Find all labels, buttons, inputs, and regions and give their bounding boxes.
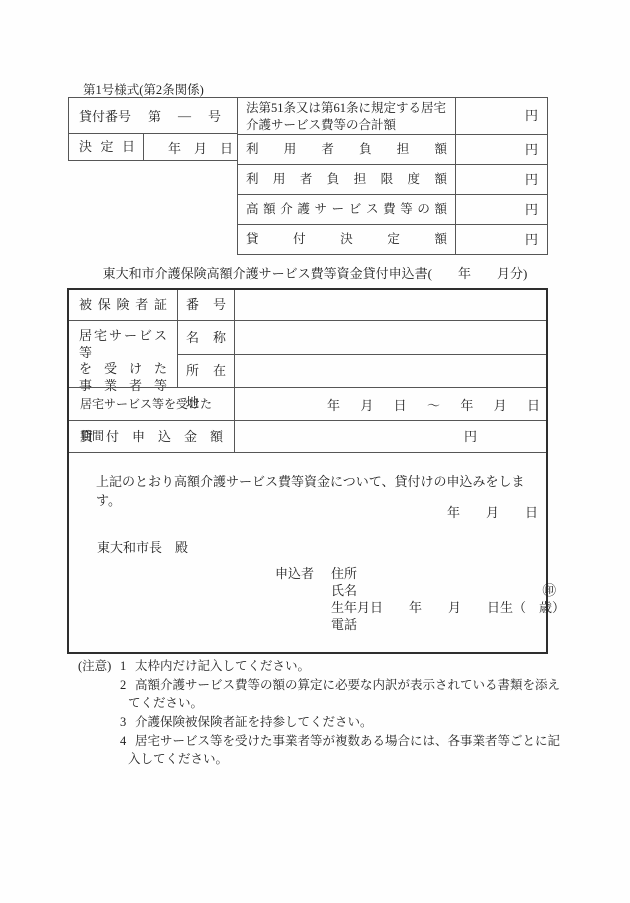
period-end-day-label: 日 [527,395,540,414]
note-text: 高額介護サービス費等の額の算定に必要な内訳が表示されている書類を添えてください。 [128,676,563,712]
addressee: 東大和市長 殿 [97,537,188,556]
period-tilde: ～ [427,395,440,414]
applicant-address-line: 住所 [331,565,557,582]
loan-number-suffix: 号 [208,106,221,125]
provider-address-field [235,355,546,388]
total-service-fee-unit: 円 [456,98,547,134]
service-period-label: 居宅サービス等を受けた期間 [69,388,235,420]
page-title: 東大和市介護保険高額介護サービス費等資金貸付申込書( 年 月分) [0,263,630,282]
provider-rows: 居宅サービス等 を 受 け た 事 業 者 等 名 称 所 在 地 [69,320,546,387]
insured-card-label: 被 保 険 者 証 [69,290,178,320]
notes-section: (注意) 1 太枠内だけ記入してください。 2 高額介護サービス費等の額の算定に… [78,657,570,769]
provider-name-row: 名 称 [178,321,546,354]
table-row: 利 用 者 負 担 限 度 額 円 [238,164,547,194]
declaration-cell: 上記のとおり高額介護サービス費等資金について、貸付けの申込みをします。 年 月 … [69,452,546,652]
decision-date-value: 年 月 日 [144,134,238,160]
provider-name-label: 名 称 [178,321,235,354]
provider-label-line1: 居宅サービス等 [79,328,167,361]
form-id-label: 第1号様式(第2条関係) [83,80,204,98]
table-row: 貸 付 決 定 額 円 [238,224,547,254]
period-start-month-label: 月 [360,395,373,414]
applicant-fields: 住所 氏名 ㊞ 生年月日 年 月 日生（ 歳） 電話 [331,565,557,633]
application-table: 被 保 険 者 証 番 号 居宅サービス等 を 受 け た 事 業 者 等 名 … [67,288,548,654]
loan-number-prefix: 第 [148,106,161,125]
list-item: 3 介護保険被保険者証を持参してください。 [120,713,570,731]
loan-number-row: 貸付番号 第 — 号 [69,98,238,133]
loan-amount-unit: 円 [235,421,546,452]
notes-label: (注意) [78,657,120,769]
amounts-table: 法第51条又は第61条に規定する居宅介護サービス費等の合計額 円 利 用 者 負… [237,97,548,255]
decision-date-label: 決 定 日 [69,134,144,160]
loan-number-dash: — [178,108,191,124]
declaration-date: 年 月 日 [69,502,546,521]
period-start-year-label: 年 [327,395,340,414]
list-item: 4 居宅サービス等を受けた事業者等が複数ある場合には、各事業者等ごとに記入してく… [120,732,570,768]
provider-name-field [235,321,546,354]
high-cost-service-fee-unit: 円 [456,195,547,224]
loan-number-label: 貸付番号 [79,106,131,125]
user-burden-label: 利 用 者 負 担 額 [238,135,456,164]
user-burden-limit-unit: 円 [456,165,547,194]
insured-card-number-field [235,290,546,320]
decision-year-label: 年 [168,138,181,157]
service-period-field: 年 月 日 ～ 年 月 日 [235,388,546,420]
high-cost-service-fee-label: 高 額 介 護 サ ー ビ ス 費 等 の 額 [238,195,456,224]
provider-address-label: 所 在 地 [178,355,235,388]
note-text: 居宅サービス等を受けた事業者等が複数ある場合には、各事業者等ごとに記入してくださ… [128,732,563,768]
table-row: 利 用 者 負 担 額 円 [238,134,547,164]
applicant-birthdate-line: 生年月日 年 月 日生（ 歳） [331,599,557,616]
loan-amount-label: 貸 付 申 込 金 額 [69,421,235,452]
applicant-label: 申込者 [275,565,314,633]
user-burden-unit: 円 [456,135,547,164]
applicant-phone-line: 電話 [331,616,557,633]
decision-date-row: 決 定 日 年 月 日 [69,133,238,160]
seal-mark-icon: ㊞ [543,582,558,599]
note-text: 介護保険被保険者証を持参してください。 [128,713,563,731]
insured-card-row: 被 保 険 者 証 番 号 [69,290,546,320]
total-service-fee-label: 法第51条又は第61条に規定する居宅介護サービス費等の合計額 [238,98,456,134]
provider-label-line2: を 受 け た [79,361,167,378]
decision-month-label: 月 [194,138,207,157]
period-end-month-label: 月 [494,395,507,414]
user-burden-limit-label: 利 用 者 負 担 限 度 額 [238,165,456,194]
note-text: 太枠内だけ記入してください。 [128,657,563,675]
provider-fields: 名 称 所 在 地 [178,321,546,387]
list-item: 2 高額介護サービス費等の額の算定に必要な内訳が表示されている書類を添えてくださ… [120,676,570,712]
list-item: 1 太枠内だけ記入してください。 [120,657,570,675]
loan-decided-amount-label: 貸 付 決 定 額 [238,225,456,254]
period-end-year-label: 年 [460,395,473,414]
applicant-name-label: 氏名 [331,582,357,599]
service-period-row: 居宅サービス等を受けた期間 年 月 日 ～ 年 月 日 [69,387,546,420]
loan-amount-row: 貸 付 申 込 金 額 円 [69,420,546,452]
notes-list: 1 太枠内だけ記入してください。 2 高額介護サービス費等の額の算定に必要な内訳… [120,657,570,769]
loan-decision-box: 貸付番号 第 — 号 決 定 日 年 月 日 [68,97,238,161]
period-start-day-label: 日 [394,395,407,414]
table-row: 高 額 介 護 サ ー ビ ス 費 等 の 額 円 [238,194,547,224]
applicant-block: 申込者 住所 氏名 ㊞ 生年月日 年 月 日生（ 歳） 電話 [275,565,557,633]
decision-day-label: 日 [220,138,233,157]
application-form-page: 第1号様式(第2条関係) 貸付番号 第 — 号 決 定 日 年 月 日 法第51… [0,0,630,903]
applicant-name-line: 氏名 ㊞ [331,582,557,599]
table-row: 法第51条又は第61条に規定する居宅介護サービス費等の合計額 円 [238,98,547,134]
provider-label: 居宅サービス等 を 受 け た 事 業 者 等 [69,321,178,387]
provider-address-row: 所 在 地 [178,354,546,388]
loan-decided-amount-unit: 円 [456,225,547,254]
insured-card-number-label: 番 号 [178,290,235,320]
